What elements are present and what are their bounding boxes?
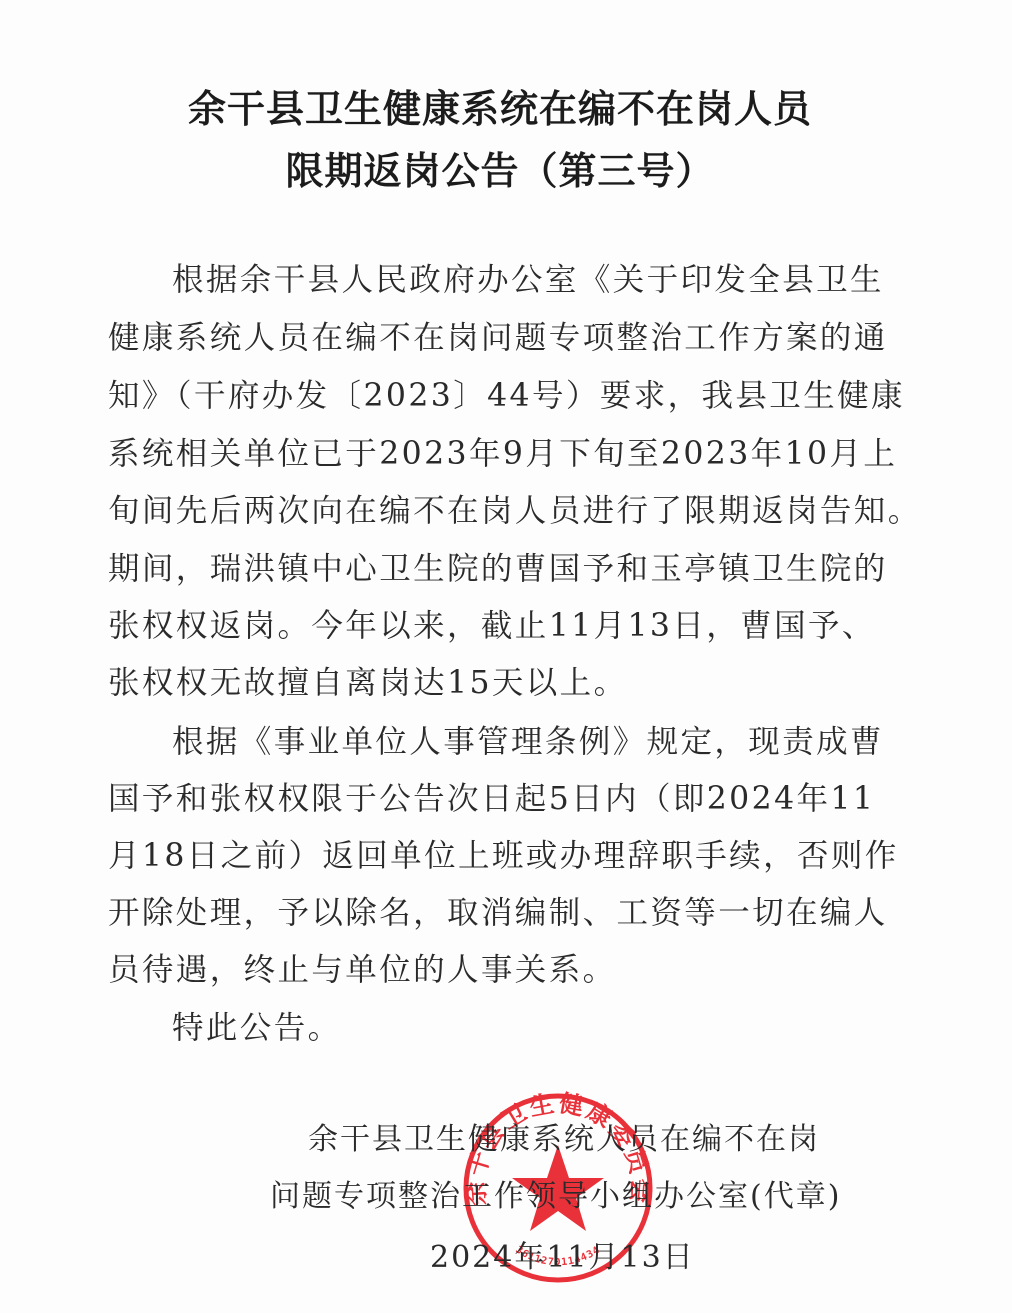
issuer-line-2: 问题专项整治工作领导小组办公室(代章) bbox=[270, 1177, 841, 1217]
title-line-1: 余干县卫生健康系统在编不在岗人员 bbox=[0, 78, 1000, 140]
paragraph-line: 张权权无故擅自离岗达15天以上。 bbox=[108, 663, 627, 703]
issuer-line-1: 余干县卫生健康系统人员在编不在岗 bbox=[308, 1120, 820, 1160]
title-line-2: 限期返岗公告（第三号） bbox=[0, 140, 1000, 202]
paragraph-line: 国予和张权权限于公告次日起5日内（即2024年11 bbox=[108, 779, 875, 819]
paragraph-line: 旬间先后两次向在编不在岗人员进行了限期返岗告知。 bbox=[108, 491, 922, 531]
paragraph-line: 开除处理，予以除名，取消编制、工资等一切在编人 bbox=[108, 893, 888, 933]
paragraph-line: 健康系统人员在编不在岗问题专项整治工作方案的通 bbox=[108, 318, 888, 358]
paragraph-line: 期间，瑞洪镇中心卫生院的曹国予和玉亭镇卫生院的 bbox=[108, 549, 888, 589]
paragraph-line: 知》（干府办发〔2023〕44号）要求，我县卫生健康 bbox=[108, 376, 905, 416]
issue-date: 2024年11月13日 bbox=[430, 1238, 695, 1278]
paragraph-line: 根据《事业单位人事管理条例》规定，现责成曹 bbox=[172, 722, 884, 762]
paragraph-line: 系统相关单位已于2023年9月下旬至2023年10月上 bbox=[108, 434, 897, 474]
paragraph-line: 张权权返岗。今年以来，截止11月13日，曹国予、 bbox=[108, 606, 876, 646]
closing-line: 特此公告。 bbox=[172, 1008, 342, 1048]
paragraph-line: 员待遇，终止与单位的人事关系。 bbox=[108, 950, 617, 990]
document-title: 余干县卫生健康系统在编不在岗人员 限期返岗公告（第三号） bbox=[0, 78, 1000, 202]
paragraph-line: 月18日之前）返回单位上班或办理辞职手续，否则作 bbox=[108, 836, 899, 876]
paragraph-line: 根据余干县人民政府办公室《关于印发全县卫生 bbox=[172, 260, 884, 300]
